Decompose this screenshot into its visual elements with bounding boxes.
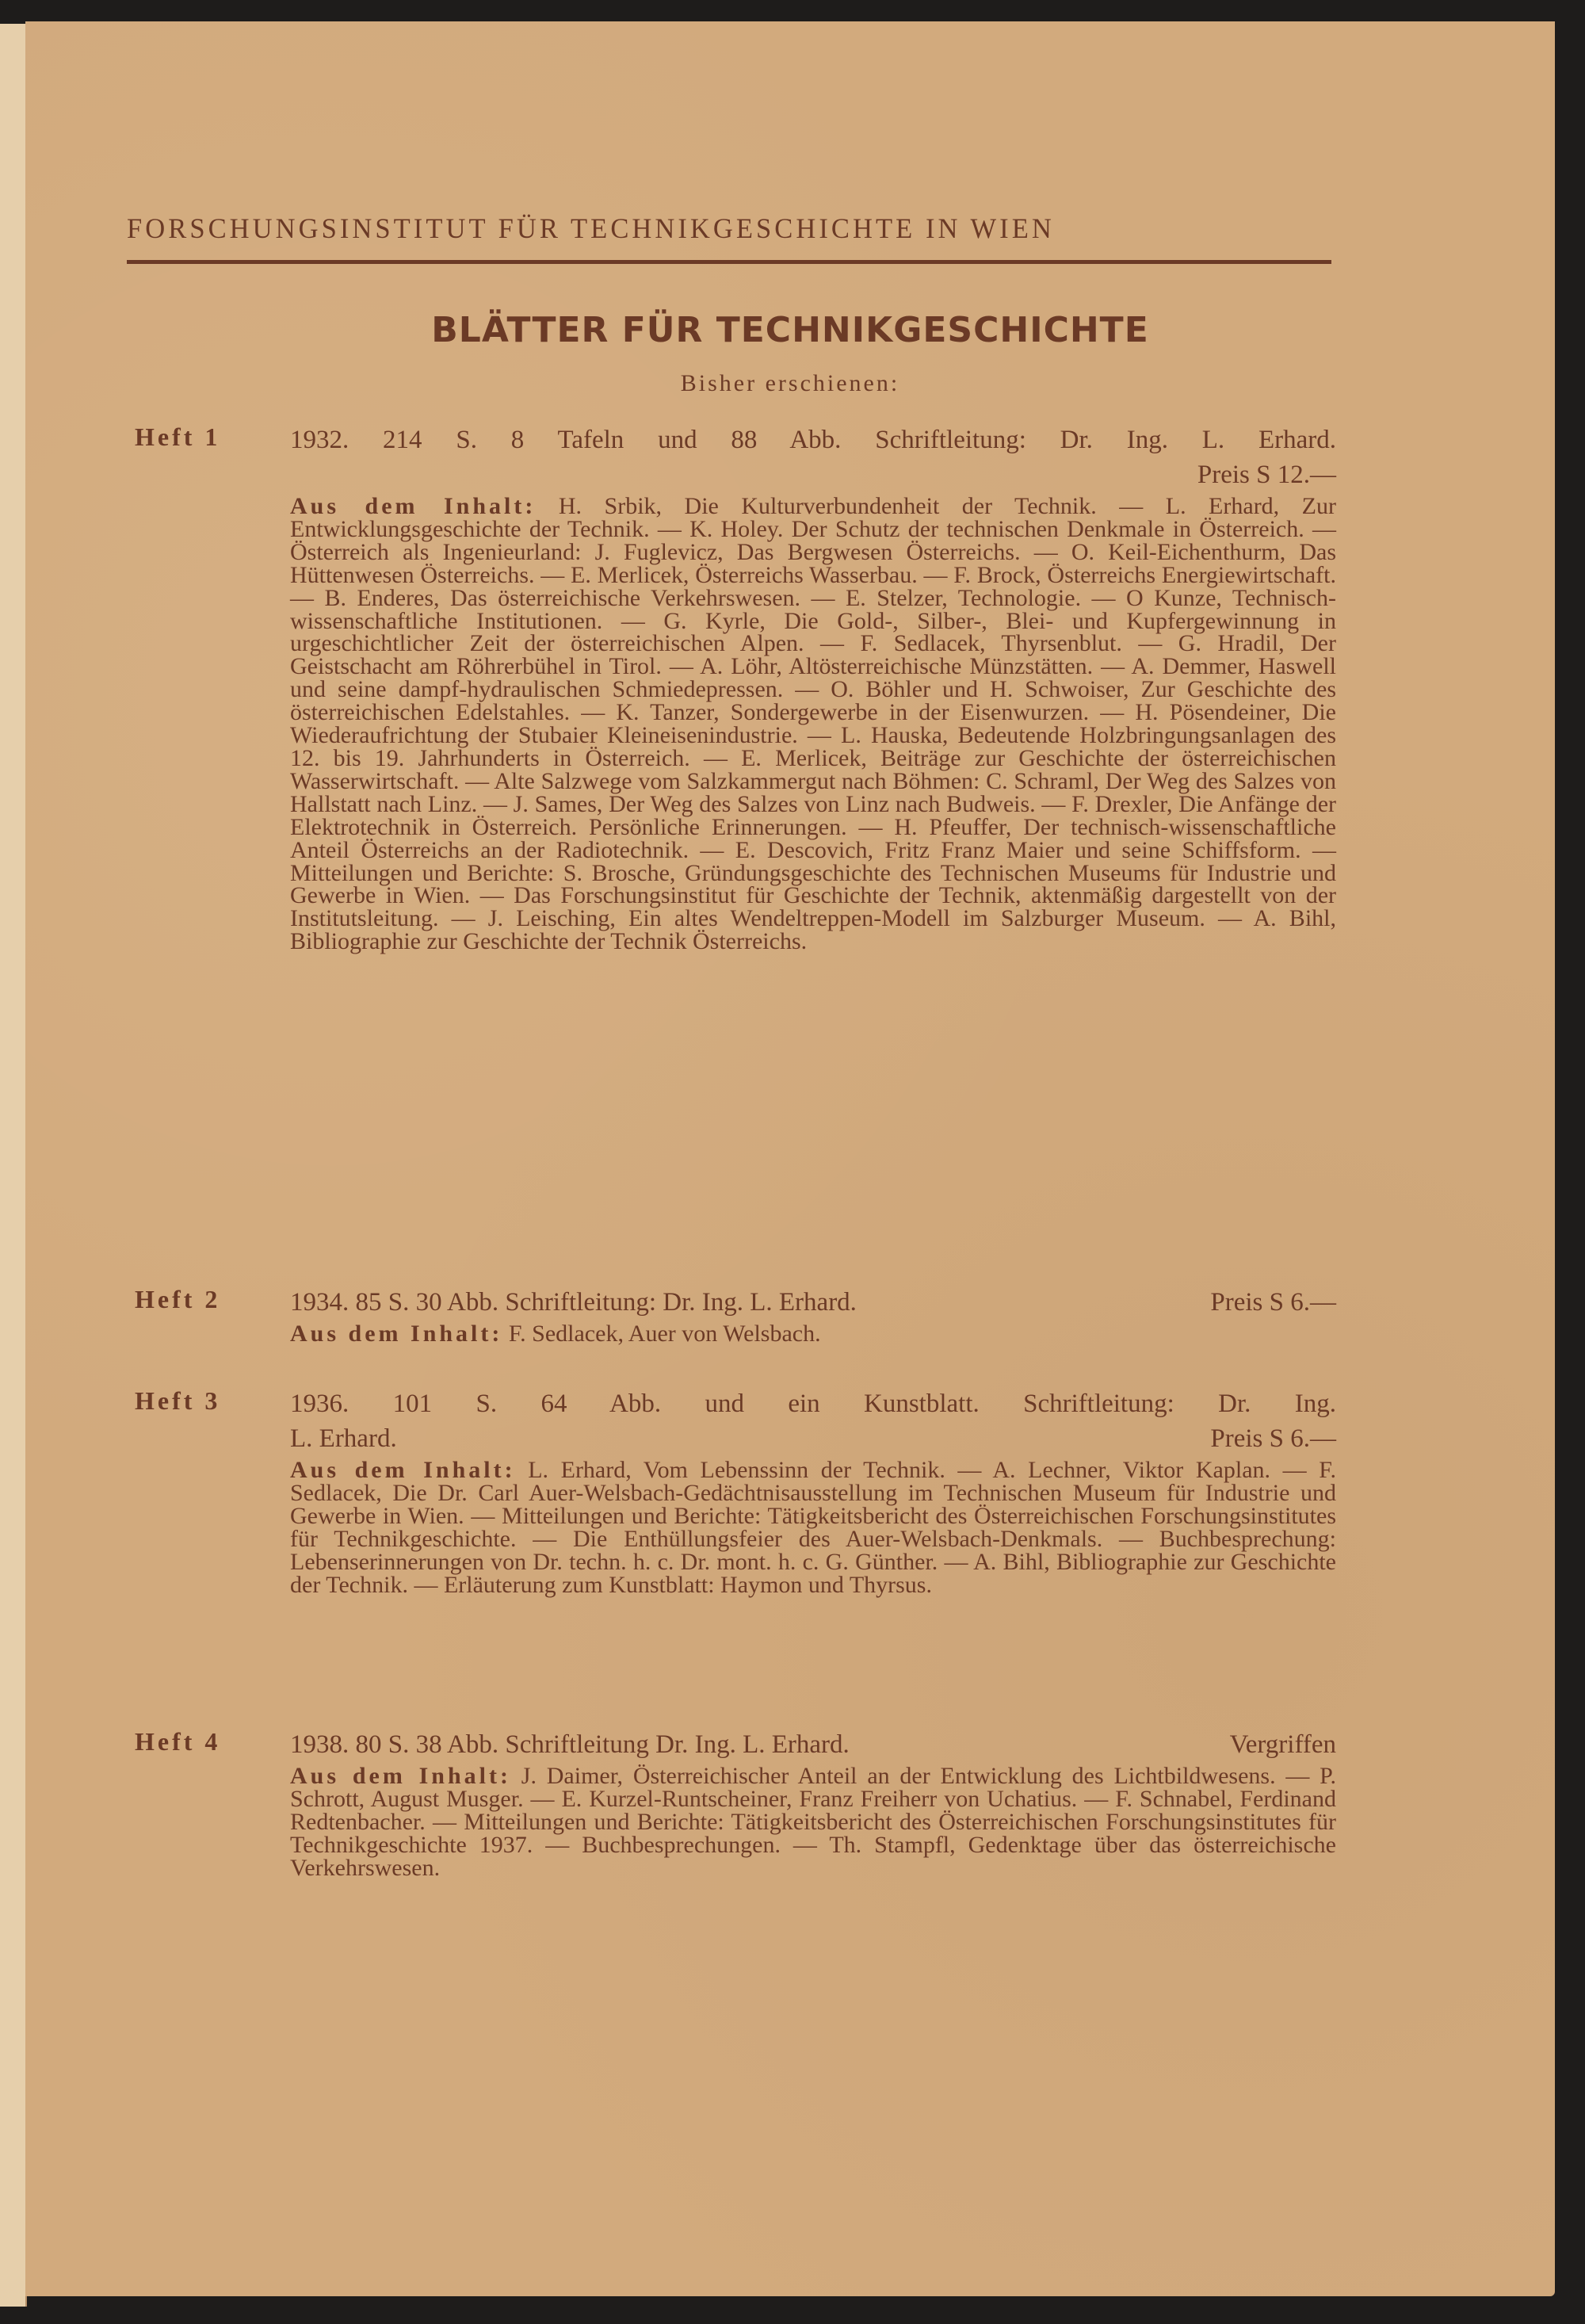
contents-text: F. Sedlacek, Auer von Welsbach. [509,1321,821,1347]
issue-label: Heft 1 [135,422,220,452]
contents-text: H. Srbik, Die Kulturverbundenheit der Te… [290,493,1336,954]
issue-meta: 1938. 80 S. 38 Abb. Schriftleitung Dr. I… [290,1727,850,1762]
contents-lead: Aus dem Inhalt: [290,1321,502,1347]
issue-contents: Aus dem Inhalt: L. Erhard, Vom Lebenssin… [290,1459,1336,1596]
issue-price: Preis S 6.— [1210,1421,1336,1456]
issue-label: Heft 4 [135,1727,220,1756]
issue-meta: 1936. 101 S. 64 Abb. und ein Kunstblatt.… [290,1386,1336,1421]
issue-price: Preis S 12.— [290,457,1336,492]
issue-contents: Aus dem Inhalt: F. Sedlacek, Auer von We… [290,1323,1336,1346]
document-page: FORSCHUNGSINSTITUT FÜR TECHNIKGESCHICHTE… [25,21,1555,2296]
header-rule [127,260,1331,264]
issue-meta: 1934. 85 S. 30 Abb. Schriftleitung: Dr. … [290,1285,857,1320]
issue-meta: 1932. 214 S. 8 Tafeln und 88 Abb. Schrif… [290,422,1336,457]
institute-header: FORSCHUNGSINSTITUT FÜR TECHNIKGESCHICHTE… [127,212,1283,245]
issue-meta-continued: L. Erhard. [290,1421,397,1456]
series-title: BLÄTTER FÜR TECHNIKGESCHICHTE [25,310,1555,350]
flyleaf-edge [0,24,27,2307]
issue-contents: Aus dem Inhalt: H. Srbik, Die Kulturverb… [290,495,1336,954]
issue-contents: Aus dem Inhalt: J. Daimer, Österreichisc… [290,1765,1336,1880]
issue-label: Heft 3 [135,1386,220,1416]
subtitle: Bisher erschienen: [25,370,1555,397]
issue-price: Preis S 6.— [1210,1285,1336,1320]
issue-status: Vergriffen [1230,1727,1336,1762]
issue-label: Heft 2 [135,1285,220,1314]
